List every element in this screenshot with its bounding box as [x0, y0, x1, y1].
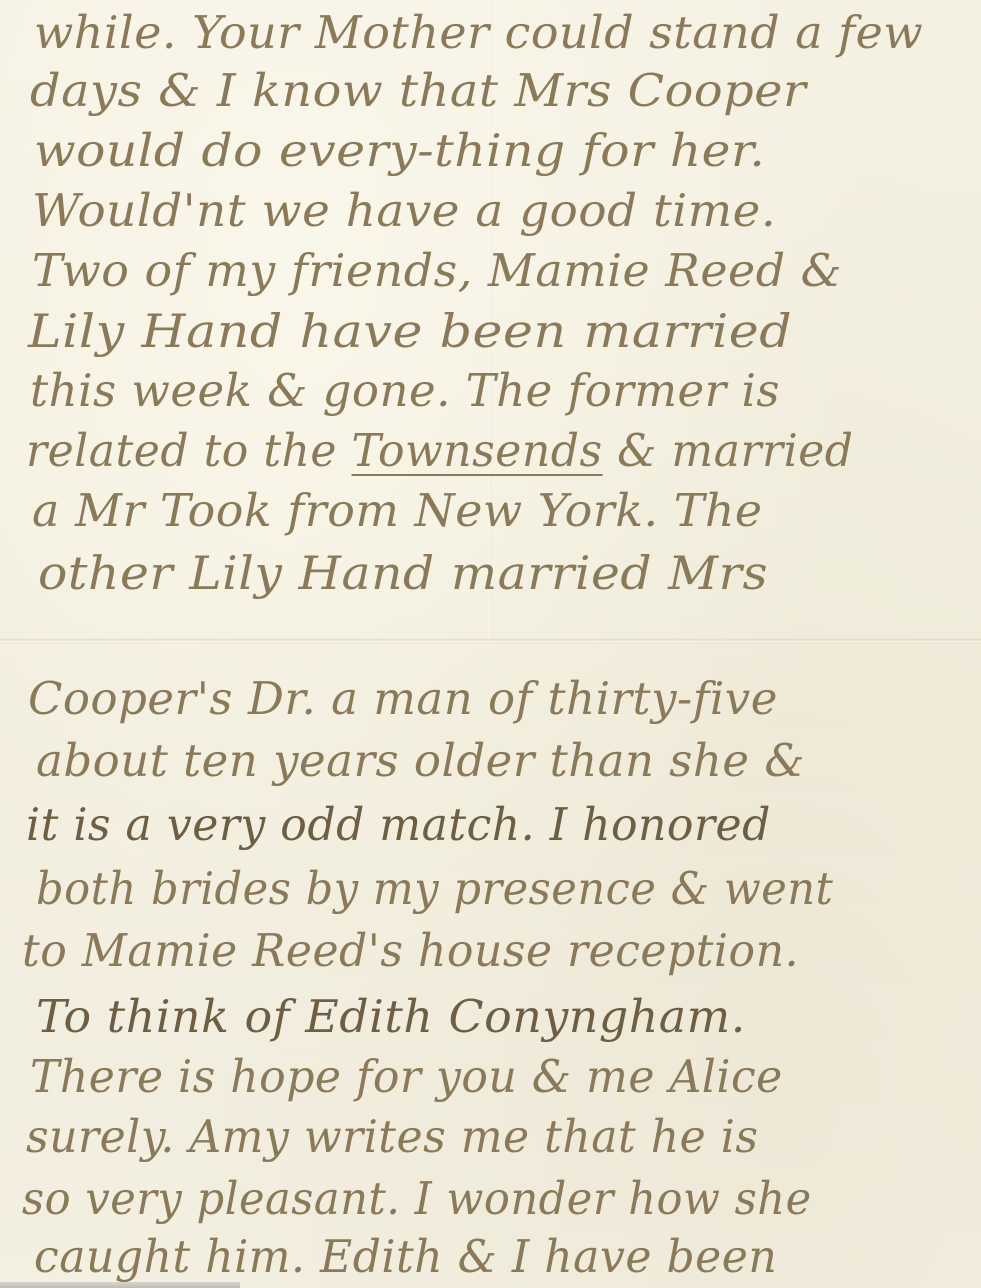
handwritten-line: it is a very odd match. I honored — [26, 798, 771, 851]
handwritten-line: this week & gone. The former is — [30, 364, 780, 417]
handwritten-line: Would'nt we have a good time. — [32, 184, 776, 237]
handwritten-line: To think of Edith Conyngham. — [36, 990, 746, 1043]
handwritten-line: other Lily Hand married Mrs — [38, 546, 768, 600]
handwritten-line: to Mamie Reed's house reception. — [22, 924, 799, 977]
handwritten-line: Lily Hand have been married — [28, 304, 792, 358]
scan-edge-shadow — [0, 1282, 240, 1288]
line-text: & married — [603, 424, 854, 477]
handwritten-line: about ten years older than she & — [36, 734, 805, 787]
handwritten-line: a Mr Took from New York. The — [32, 484, 763, 537]
horizontal-fold-line — [0, 638, 981, 644]
handwritten-line: would do every-thing for her. — [34, 124, 765, 177]
handwritten-line: Cooper's Dr. a man of thirty-five — [28, 672, 778, 725]
handwritten-line: caught him. Edith & I have been — [34, 1230, 777, 1283]
handwritten-line: so very pleasant. I wonder how she — [22, 1172, 812, 1225]
handwritten-line: surely. Amy writes me that he is — [26, 1110, 758, 1163]
handwritten-line-with-underline: related to the Townsends & married — [26, 424, 854, 477]
handwritten-line: days & I know that Mrs Cooper — [30, 64, 806, 117]
handwritten-line: both brides by my presence & went — [36, 862, 833, 915]
handwritten-line: Two of my friends, Mamie Reed & — [32, 244, 842, 297]
handwritten-line: There is hope for you & me Alice — [30, 1050, 783, 1103]
line-text: related to the — [26, 424, 352, 477]
letter-page: while. Your Mother could stand a few day… — [0, 0, 981, 1288]
handwritten-line: while. Your Mother could stand a few — [34, 6, 923, 59]
underlined-word: Townsends — [352, 424, 603, 477]
